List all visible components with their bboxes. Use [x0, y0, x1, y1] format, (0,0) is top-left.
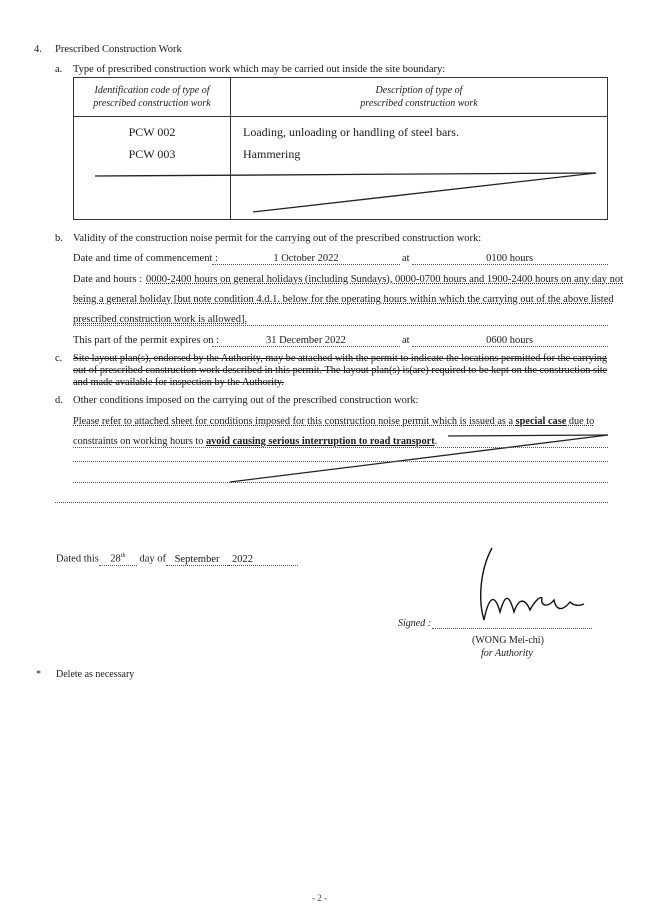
at-label: at: [402, 253, 410, 264]
commencement-label: Date and time of commencement :: [73, 253, 218, 264]
item-c-line-1: Site layout plan(s), endorsed by the Aut…: [73, 353, 607, 364]
signatory-name: (WONG Mei-chi): [472, 635, 544, 646]
expiry-date: 31 December 2022: [212, 335, 400, 347]
item-b-text: Validity of the construction noise permi…: [73, 233, 481, 244]
hours-line-3: prescribed construction work is allowed]…: [73, 314, 247, 325]
expiry-label: This part of the permit expires on :: [73, 335, 219, 346]
dated-year: 2022: [228, 554, 298, 566]
footnote-text: Delete as necessary: [56, 669, 134, 680]
item-c-label: c.: [55, 353, 62, 364]
page-number: - 2 -: [312, 893, 327, 903]
hours-line-1: 0000-2400 hours on general holidays (inc…: [146, 274, 623, 285]
blank-line: [73, 461, 608, 462]
item-b-label: b.: [55, 233, 63, 244]
blank-line: [55, 502, 608, 503]
footnote-mark: *: [36, 669, 41, 680]
cancel-lines: [0, 0, 649, 918]
conditions-line-2: constraints on working hours to avoid ca…: [73, 436, 608, 448]
conditions-line-1: Please refer to attached sheet for condi…: [73, 416, 594, 427]
dated-day: 28th: [99, 553, 137, 566]
signed-label: Signed :: [398, 618, 431, 629]
special-case-text: special case: [516, 416, 567, 427]
signatory-role: for Authority: [481, 648, 533, 659]
road-transport-text: avoid causing serious interruption to ro…: [206, 436, 435, 447]
item-c-line-3: and made available for inspection by the…: [73, 377, 284, 388]
item-c-line-2: out of prescribed construction work desc…: [73, 365, 607, 376]
signature-line: [432, 628, 592, 629]
dated-month: September: [166, 554, 228, 566]
signature-mark: [470, 540, 600, 630]
item-d-label: d.: [55, 395, 63, 406]
hours-label: Date and hours :: [73, 274, 142, 285]
item-d-text: Other conditions imposed on the carrying…: [73, 395, 419, 406]
dated-line: Dated this28th day ofSeptember2022: [56, 553, 298, 566]
at-label: at: [402, 335, 410, 346]
commencement-date: 1 October 2022: [212, 253, 400, 265]
hours-line-2: being a general holiday [but note condit…: [73, 294, 614, 305]
blank-line: [73, 482, 608, 483]
expiry-time: 0600 hours: [412, 335, 608, 347]
commencement-time: 0100 hours: [412, 253, 608, 265]
